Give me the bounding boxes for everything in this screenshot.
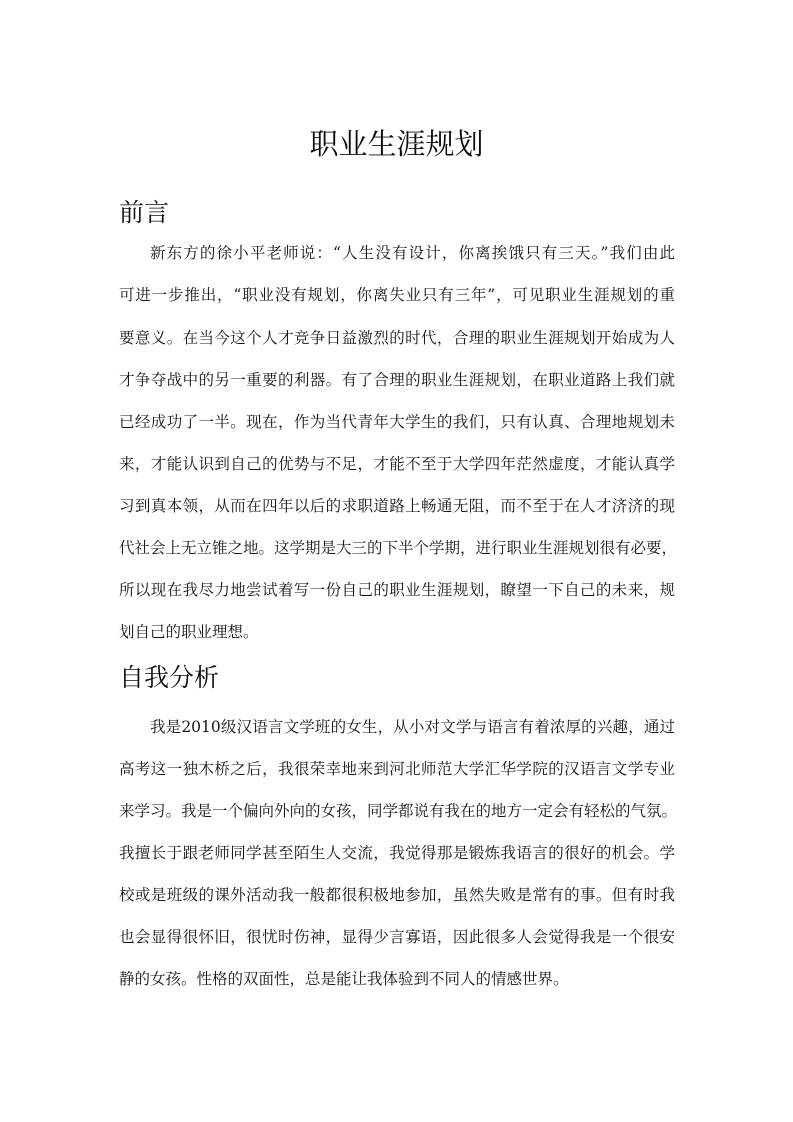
- paragraph-line: 我擅长于跟老师同学甚至陌生人交流，我觉得那是锻炼我语言的很好的机会。学: [119, 842, 675, 864]
- paragraph-line: 才争夺战中的另一重要的利器。有了合理的职业生涯规划，在职业道路上我们就: [119, 369, 675, 391]
- paragraph-line: 也会显得很怀旧，很忧时伤神，显得少言寡语，因此很多人会觉得我是一个很安: [119, 926, 675, 948]
- paragraph-line: 校或是班级的课外活动我一般都很积极地参加，虽然失败是常有的事。但有时我: [119, 884, 675, 906]
- paragraph-line: 来，才能认识到自己的优势与不足，才能不至于大学四年茫然虚度，才能认真学: [119, 453, 675, 475]
- paragraph-line: 代社会上无立锥之地。这学期是大三的下半个学期，进行职业生涯规划很有必要，: [119, 537, 675, 559]
- paragraph-line: 习到真本领，从而在四年以后的求职道路上畅通无阻，而不至于在人才济济的现: [119, 495, 675, 517]
- paragraph-line: 我是2010级汉语言文学班的女生，从小对文学与语言有着浓厚的兴趣，通过: [150, 716, 675, 738]
- paragraph-line: 高考这一独木桥之后，我很荣幸地来到河北师范大学汇华学院的汉语言文学专业: [119, 758, 675, 780]
- paragraph-line: 来学习。我是一个偏向外向的女孩，同学都说有我在的地方一定会有轻松的气氛。: [119, 800, 675, 822]
- document-page: 职业生涯规划 前言 新东方的徐小平老师说：“人生没有设计，你离挨饿只有三天。”我…: [0, 0, 793, 1122]
- section-heading-preface: 前言: [119, 196, 169, 230]
- paragraph-line: 可进一步推出，“职业没有规划，你离失业只有三年”，可见职业生涯规划的重: [119, 284, 675, 306]
- section-heading-self-analysis: 自我分析: [119, 661, 219, 695]
- paragraph-line: 要意义。在当今这个人才竞争日益激烈的时代，合理的职业生涯规划开始成为人: [119, 327, 675, 349]
- paragraph-line: 新东方的徐小平老师说：“人生没有设计，你离挨饿只有三天。”我们由此: [150, 242, 675, 264]
- paragraph-line: 所以现在我尽力地尝试着写一份自己的职业生涯规划，瞭望一下自己的未来，规: [119, 579, 675, 601]
- paragraph-line: 划自己的职业理想。: [119, 621, 675, 643]
- paragraph-line: 静的女孩。性格的双面性，总是能让我体验到不同人的情感世界。: [119, 968, 675, 990]
- document-title: 职业生涯规划: [0, 124, 793, 164]
- paragraph-line: 已经成功了一半。现在，作为当代青年大学生的我们，只有认真、合理地规划未: [119, 411, 675, 433]
